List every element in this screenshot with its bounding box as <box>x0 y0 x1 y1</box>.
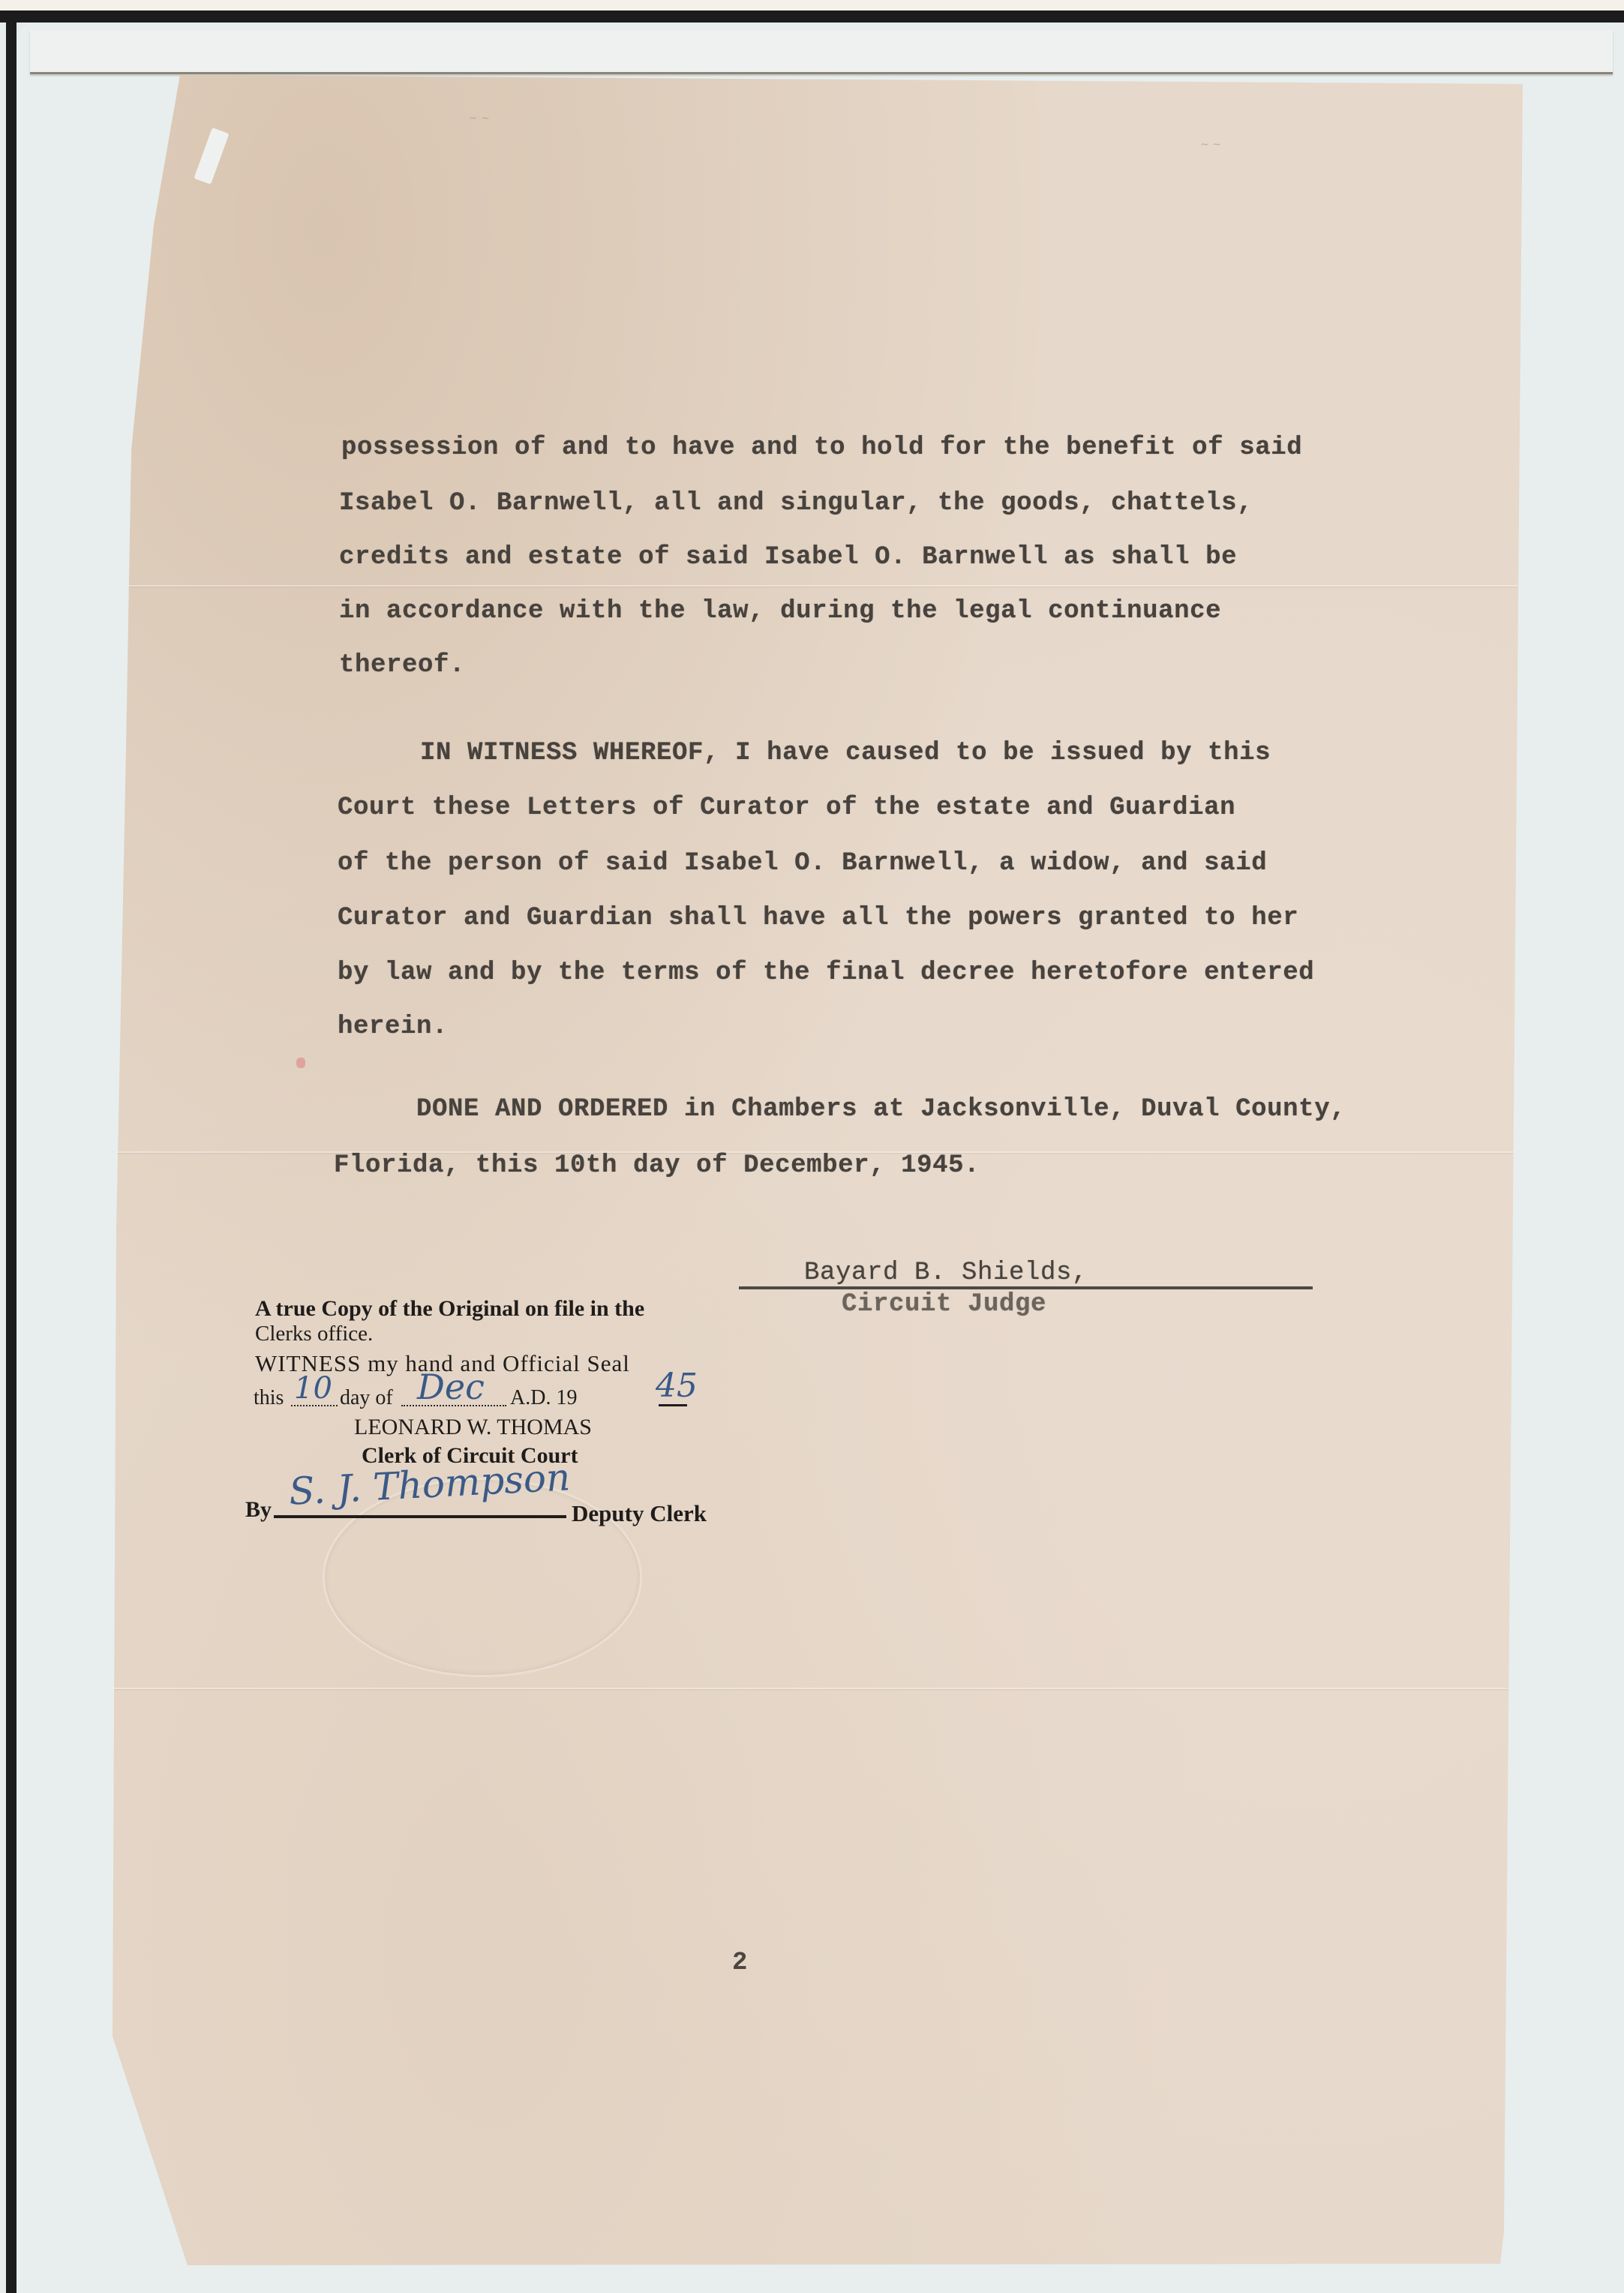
text-line: IN WITNESS WHEREOF, I have caused to be … <box>420 739 1271 767</box>
pencil-mark: ~ ~ <box>1200 139 1221 151</box>
judge-name: Bayard B. Shields, <box>804 1259 1088 1287</box>
text-line: in accordance with the law, during the l… <box>339 597 1221 626</box>
judge-title: Circuit Judge <box>842 1290 1046 1319</box>
clerk-name: LEONARD W. THOMAS <box>354 1415 592 1440</box>
scanner-frame-top <box>0 0 1624 23</box>
by-label: By <box>245 1497 272 1523</box>
text-line: DONE AND ORDERED in Chambers at Jacksonv… <box>416 1095 1346 1124</box>
text-line: of the person of said Isabel O. Barnwell… <box>338 849 1267 878</box>
text-line: Curator and Guardian shall have all the … <box>338 904 1298 932</box>
paper-aging <box>0 0 1624 2293</box>
deputy-title: Deputy Clerk <box>572 1500 707 1527</box>
text-line: Isabel O. Barnwell, all and singular, th… <box>339 489 1253 518</box>
fold-line <box>113 1688 1523 1689</box>
handwritten-day: 10 <box>294 1371 332 1406</box>
ink-spot <box>296 1058 305 1068</box>
page-number: 2 <box>732 1949 747 1977</box>
stamp-line: Clerks office. <box>255 1322 373 1346</box>
deputy-signature-line <box>274 1515 566 1518</box>
document-page: ~ ~ ~ ~ possession of and to have and to… <box>0 0 1624 2293</box>
text-line: herein. <box>338 1013 448 1041</box>
stamp-line: A true Copy of the Original on file in t… <box>255 1296 644 1322</box>
handwritten-month: Dec <box>417 1367 485 1407</box>
text-line: Florida, this 10th day of December, 1945… <box>334 1151 980 1180</box>
stamp-label: day of <box>340 1386 393 1410</box>
text-line: credits and estate of said Isabel O. Bar… <box>339 543 1237 572</box>
scanner-frame-left <box>6 11 17 2293</box>
stamp-label: A.D. 19 <box>510 1386 577 1410</box>
text-line: Court these Letters of Curator of the es… <box>338 794 1235 822</box>
fold-line <box>113 585 1523 587</box>
text-line: by law and by the terms of the final dec… <box>338 959 1314 987</box>
handwritten-year: 45 <box>656 1367 698 1405</box>
stamp-label: this <box>254 1386 284 1410</box>
text-line: thereof. <box>339 651 465 680</box>
text-line: possession of and to have and to hold fo… <box>341 434 1302 462</box>
mount-strip <box>30 30 1613 74</box>
signature-line <box>739 1286 1313 1289</box>
pencil-mark: ~ ~ <box>469 113 490 125</box>
